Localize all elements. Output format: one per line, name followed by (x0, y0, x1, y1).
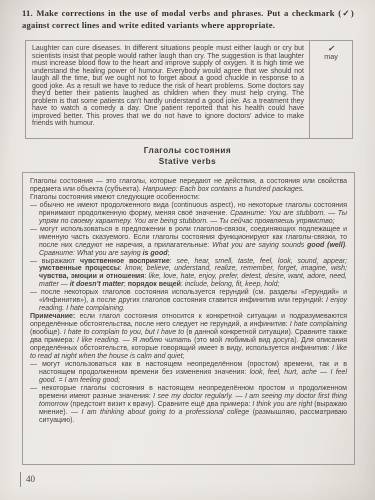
bullet-dash: — (30, 385, 42, 392)
bullet-dash: — (30, 226, 40, 233)
paragraph: Примечание: если глагол состояния относи… (30, 313, 347, 361)
bullet-item: — выражают чувственное восприятие: see, … (30, 258, 347, 290)
bullet-item: — после некоторых глаголов состояния исп… (30, 289, 347, 313)
margin-correction: may (310, 53, 352, 62)
bullet-item: — могут использоваться как в настоящем н… (30, 361, 347, 385)
book-page: 11. Make corrections in the use of modal… (0, 0, 375, 500)
bullet-dash: — (30, 289, 41, 296)
bullet-item: — обычно не имеют продолженного вида (co… (30, 202, 347, 226)
section-title-en: Stative verbs (0, 157, 375, 168)
bullet-dash: — (30, 361, 42, 368)
paragraph: Глаголы состояния имеют следующие особен… (30, 194, 347, 202)
bullet-item: — некоторые глаголы состояния в настояще… (30, 385, 347, 425)
margin-column: ✓ may (309, 41, 352, 138)
page-number: 40 (20, 472, 35, 487)
bullet-item: — могут использоваться в предложении в р… (30, 226, 347, 258)
section-title-ru: Глаголы состояния (0, 146, 375, 157)
section-title: Глаголы состояния Stative verbs (0, 146, 375, 167)
bullet-dash: — (30, 258, 42, 265)
passage-text: Laughter can cure diseases. In different… (26, 41, 309, 138)
bullet-dash: — (30, 202, 40, 209)
exercise-passage-box: Laughter can cure diseases. In different… (25, 40, 353, 139)
exercise-heading: 11. Make corrections in the use of modal… (22, 8, 354, 31)
stative-verbs-rule-box: Глаголы состояния — это глаголы, которые… (22, 172, 355, 465)
paragraph: Глаголы состояния — это глаголы, которые… (30, 178, 347, 194)
